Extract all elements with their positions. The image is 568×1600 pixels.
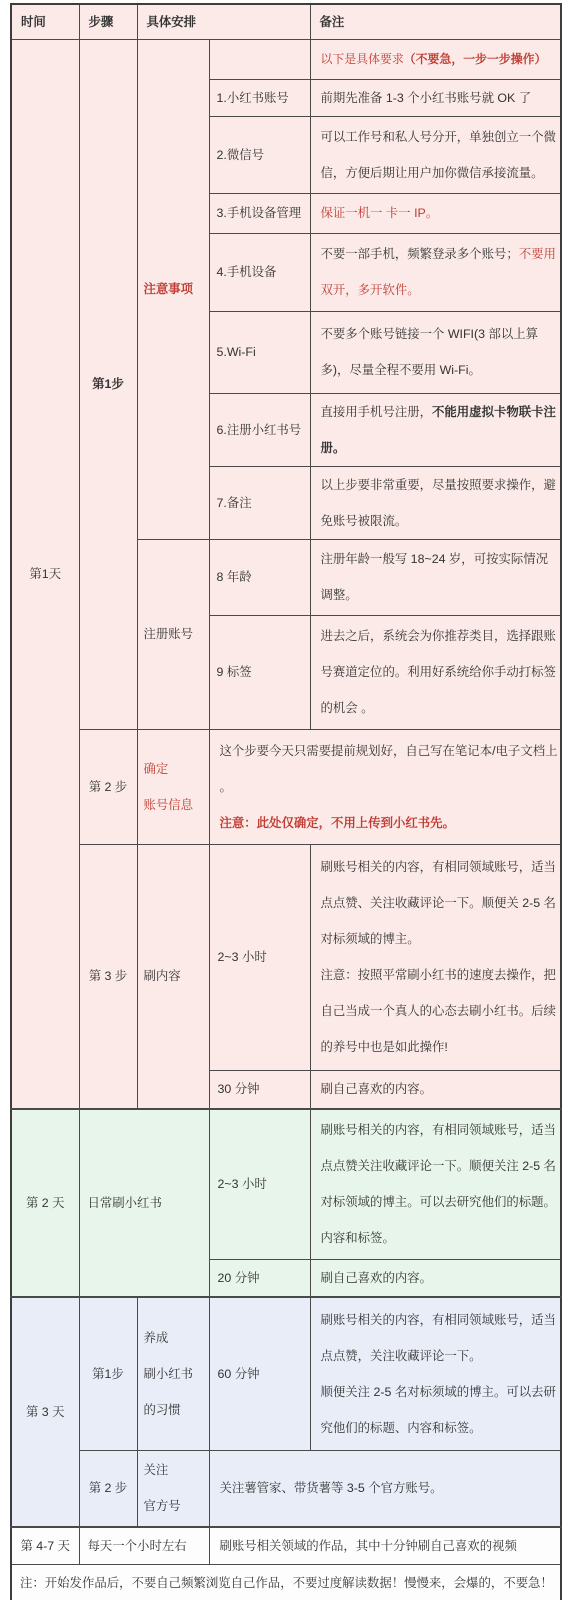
group-follow-official-cell-text: 关注 bbox=[144, 1463, 169, 1477]
remark-2: 可以工作号和私人号分开，单独创立一个微信，方便后期让用户加你微信承接流量。 bbox=[310, 116, 561, 193]
remark-day3-browse-text: 刷账号相关的内容，有相同领域账号，适当点点赞，关注收藏评论一下。 bbox=[321, 1313, 556, 1363]
remark-day1-30min-text: 刷自己喜欢的内容。 bbox=[321, 1082, 433, 1096]
remark-step2-text: 。 bbox=[220, 780, 232, 794]
day-1-cell-text: 第1天 bbox=[29, 567, 61, 581]
header-plan-text: 具体安排 bbox=[147, 15, 197, 29]
duration-day2-20min-text: 20 分钟 bbox=[218, 1271, 260, 1285]
footer-note-cell-text: 注：开始发作品后，不要自己频繁浏览自己作品，不要过度解读数据！慢慢来，会爆的，不… bbox=[20, 1576, 553, 1590]
header-note-text: 备注 bbox=[320, 15, 345, 29]
group-confirm-info-cell: 确定账号信息 bbox=[137, 729, 209, 844]
day-1-cell: 第1天 bbox=[11, 39, 79, 1109]
item-6-register-account-text: 6.注册小红书号 bbox=[217, 423, 302, 437]
group-cautions-cell: 注意事项 bbox=[137, 39, 209, 539]
remark-day2-browse: 刷账号相关的内容，有相同领域账号，适当点点赞关注收藏评论一下。顺便关注 2-5 … bbox=[310, 1109, 561, 1259]
item-3-device-management: 3.手机设备管理 bbox=[209, 193, 310, 233]
table-row: 注：开始发作品后，不要自己频繁浏览自己作品，不要过度解读数据！慢慢来，会爆的，不… bbox=[11, 1565, 561, 1600]
item-2-wechat: 2.微信号 bbox=[209, 116, 310, 193]
remark-day1-browse-text: 刷账号相关的内容，有相同领域账号，适当点点赞、关注收藏评论一下。顺便关 2-5 … bbox=[321, 860, 556, 946]
remark-day3-official-text: 关注薯管家、带货薯等 3-5 个官方账号。 bbox=[220, 1481, 443, 1495]
item-5-wifi-text: 5.Wi-Fi bbox=[217, 345, 256, 359]
header-plan: 具体安排 bbox=[137, 4, 310, 39]
remark-step2-text: 这个步要今天只需要提前规划好，自己写在笔记本/电子文档上 bbox=[220, 744, 558, 758]
item-4-phone-device-text: 4.手机设备 bbox=[217, 265, 277, 279]
item-8-age-text: 8 年龄 bbox=[217, 570, 252, 584]
group-register-info-cell: 注册账号 bbox=[137, 539, 209, 729]
table-row: 第 2 步确定账号信息这个步要今天只需要提前规划好，自己写在笔记本/电子文档上。… bbox=[11, 729, 561, 844]
duration-day2-2-3h-text: 2~3 小时 bbox=[218, 1177, 267, 1191]
remark-2-text: 可以工作号和私人号分开，单独创立一个微信，方便后期让用户加你微信承接流量。 bbox=[321, 130, 556, 180]
remark-4: 不要一部手机，频繁登录多个账号；不要用双开，多开软件。 bbox=[310, 233, 561, 311]
remark-overview-cell-text: （不要急，一步一步操作） bbox=[404, 52, 547, 66]
day-2-cell-text: 第 2 天 bbox=[26, 1196, 65, 1210]
footer-note-cell: 注：开始发作品后，不要自己频繁浏览自己作品，不要过度解读数据！慢慢来，会爆的，不… bbox=[11, 1565, 561, 1600]
item-8-age: 8 年龄 bbox=[209, 539, 310, 615]
group-follow-official-cell-text: 官方号 bbox=[144, 1499, 181, 1513]
remark-9: 进去之后，系统会为你推荐类目，选择跟账号赛道定位的。利用好系统给你手动打标签的机… bbox=[310, 615, 561, 729]
remark-overview-cell-text: 以下是具体要求 bbox=[321, 52, 404, 66]
table-row: 第 4-7 天每天一个小时左右刷账号相关领域的作品，其中十分钟刷自己喜欢的视频 bbox=[11, 1527, 561, 1565]
duration-day3-60min-text: 60 分钟 bbox=[218, 1367, 260, 1381]
day1-step1-cell: 第1步 bbox=[79, 39, 137, 729]
day-3-cell-text: 第 3 天 bbox=[26, 1405, 65, 1419]
remark-7-text: 以上步要非常重要，尽量按照要求操作，避免账号被限流。 bbox=[321, 478, 556, 528]
item-1-xiaohongshu-account: 1.小红书账号 bbox=[209, 79, 310, 116]
remark-day47-text: 刷账号相关领域的作品，其中十分钟刷自己喜欢的视频 bbox=[220, 1539, 517, 1553]
group-habit-cell-text: 的习惯 bbox=[144, 1403, 181, 1417]
day3-step2-cell: 第 2 步 bbox=[79, 1450, 137, 1527]
remark-overview-cell: 以下是具体要求（不要急，一步一步操作） bbox=[310, 39, 561, 79]
remark-9-text: 进去之后，系统会为你推荐类目，选择跟账号赛道定位的。利用好系统给你手动打标签的机… bbox=[321, 629, 556, 715]
header-step-text: 步骤 bbox=[89, 15, 114, 29]
day-4-7-cell: 第 4-7 天 bbox=[11, 1527, 79, 1565]
group-register-info-cell-text: 注册账号 bbox=[144, 627, 194, 641]
day1-step3-cell-text: 第 3 步 bbox=[89, 969, 128, 983]
remark-7: 以上步要非常重要，尽量按照要求操作，避免账号被限流。 bbox=[310, 466, 561, 539]
remark-5: 不要多个账号链接一个 WIFI(3 部以上算多)，尽量全程不要用 Wi-Fi。 bbox=[310, 311, 561, 393]
schedule-table-body: 时间步骤具体安排备注第1天第1步注意事项以下是具体要求（不要急，一步一步操作）1… bbox=[11, 4, 561, 1600]
remark-3: 保证一机一 卡一 IP。 bbox=[310, 193, 561, 233]
item-3-device-management-text: 3.手机设备管理 bbox=[217, 206, 302, 220]
remark-6: 直接用手机号注册，不能用虚拟卡物联卡注册。 bbox=[310, 393, 561, 466]
day1-step2-cell: 第 2 步 bbox=[79, 729, 137, 844]
remark-day1-browse-text: 注意：按照平常刷小红书的速度去操作，把自己当成一个真人的心态去刷小红书。后续的养… bbox=[321, 968, 556, 1054]
header-step: 步骤 bbox=[79, 4, 137, 39]
remark-1-text: 前期先准备 1-3 个小红书账号就 OK 了 bbox=[321, 91, 532, 105]
remark-day3-official: 关注薯管家、带货薯等 3-5 个官方账号。 bbox=[209, 1450, 561, 1527]
schedule-table: 时间步骤具体安排备注第1天第1步注意事项以下是具体要求（不要急，一步一步操作）1… bbox=[10, 3, 562, 1600]
day-3-cell: 第 3 天 bbox=[11, 1297, 79, 1527]
header-row: 时间步骤具体安排备注 bbox=[11, 4, 561, 39]
group-follow-official-cell: 关注官方号 bbox=[137, 1450, 209, 1527]
day1-step1-cell-text: 第1步 bbox=[92, 377, 124, 391]
table-row: 第 2 天日常刷小红书2~3 小时刷账号相关的内容，有相同领域账号，适当点点赞关… bbox=[11, 1109, 561, 1259]
remark-5-text: 不要多个账号链接一个 WIFI(3 部以上算多)，尽量全程不要用 Wi-Fi。 bbox=[321, 327, 539, 377]
remark-8: 注册年龄一般写 18~24 岁，可按实际情况调整。 bbox=[310, 539, 561, 615]
item-6-register-account: 6.注册小红书号 bbox=[209, 393, 310, 466]
table-row: 第 3 天第1步养成刷小红书的习惯60 分钟刷账号相关的内容，有相同领域账号，适… bbox=[11, 1297, 561, 1450]
table-row: 第 2 步关注官方号关注薯管家、带货薯等 3-5 个官方账号。 bbox=[11, 1450, 561, 1527]
group-habit-cell-text: 养成 bbox=[144, 1331, 169, 1345]
day1-step3-cell: 第 3 步 bbox=[79, 844, 137, 1109]
table-row: 第 3 步刷内容2~3 小时刷账号相关的内容，有相同领域账号，适当点点赞、关注收… bbox=[11, 844, 561, 1070]
duration-day1-2-3h: 2~3 小时 bbox=[209, 844, 310, 1070]
item-9-tags: 9 标签 bbox=[209, 615, 310, 729]
remark-day3-browse: 刷账号相关的内容，有相同领域账号，适当点点赞，关注收藏评论一下。顺便关注 2-5… bbox=[310, 1297, 561, 1450]
header-note: 备注 bbox=[310, 4, 561, 39]
remark-day1-30min: 刷自己喜欢的内容。 bbox=[310, 1070, 561, 1109]
day3-step1-cell-text: 第1步 bbox=[92, 1367, 124, 1381]
day-4-7-cell-text: 第 4-7 天 bbox=[20, 1539, 70, 1553]
duration-day1-30min-text: 30 分钟 bbox=[218, 1082, 260, 1096]
item-1-xiaohongshu-account-text: 1.小红书账号 bbox=[217, 91, 289, 105]
duration-day2-2-3h: 2~3 小时 bbox=[209, 1109, 310, 1259]
day47-plan-cell: 每天一个小时左右 bbox=[79, 1527, 209, 1565]
remark-day3-browse-text: 顺便关注 2-5 名对标须域的博主。可以去研究他们的标题、内容和标签。 bbox=[321, 1385, 556, 1435]
remark-day1-browse: 刷账号相关的内容，有相同领域账号，适当点点赞、关注收藏评论一下。顺便关 2-5 … bbox=[310, 844, 561, 1070]
remark-8-text: 注册年龄一般写 18~24 岁，可按实际情况调整。 bbox=[321, 552, 549, 602]
remark-1: 前期先准备 1-3 个小红书账号就 OK 了 bbox=[310, 79, 561, 116]
day1-step2-cell-text: 第 2 步 bbox=[89, 780, 128, 794]
remark-step2-text: 注意：此处仅确定，不用上传到小红书先。 bbox=[220, 816, 455, 830]
table-row: 第1天第1步注意事项以下是具体要求（不要急，一步一步操作） bbox=[11, 39, 561, 79]
remark-day2-20min-text: 刷自己喜欢的内容。 bbox=[321, 1271, 433, 1285]
remark-4-text: 不要一部手机，频繁登录多个账号； bbox=[321, 247, 519, 261]
group-browse-content-cell: 刷内容 bbox=[137, 844, 209, 1109]
duration-day2-20min: 20 分钟 bbox=[209, 1259, 310, 1297]
remark-3-text: 保证一机一 卡一 IP。 bbox=[321, 206, 439, 220]
duration-day1-30min: 30 分钟 bbox=[209, 1070, 310, 1109]
item-empty-cell bbox=[209, 39, 310, 79]
duration-day3-60min: 60 分钟 bbox=[209, 1297, 310, 1450]
remark-day47: 刷账号相关领域的作品，其中十分钟刷自己喜欢的视频 bbox=[209, 1527, 561, 1565]
day2-routine-cell: 日常刷小红书 bbox=[79, 1109, 209, 1297]
group-browse-content-cell-text: 刷内容 bbox=[144, 969, 181, 983]
remark-step2: 这个步要今天只需要提前规划好，自己写在笔记本/电子文档上。注意：此处仅确定，不用… bbox=[209, 729, 561, 844]
day47-plan-cell-text: 每天一个小时左右 bbox=[88, 1539, 187, 1553]
item-2-wechat-text: 2.微信号 bbox=[217, 148, 265, 162]
item-9-tags-text: 9 标签 bbox=[217, 665, 252, 679]
remark-day2-browse-text: 刷账号相关的内容，有相同领域账号，适当点点赞关注收藏评论一下。顺便关注 2-5 … bbox=[321, 1123, 556, 1245]
header-time: 时间 bbox=[11, 4, 79, 39]
day2-routine-cell-text: 日常刷小红书 bbox=[88, 1196, 162, 1210]
day3-step2-cell-text: 第 2 步 bbox=[89, 1481, 128, 1495]
item-7-note-text: 7.备注 bbox=[217, 496, 252, 510]
item-4-phone-device: 4.手机设备 bbox=[209, 233, 310, 311]
group-confirm-info-cell-text: 账号信息 bbox=[144, 798, 194, 812]
group-cautions-cell-text: 注意事项 bbox=[144, 282, 194, 296]
group-confirm-info-cell-text: 确定 bbox=[144, 762, 169, 776]
day3-step1-cell: 第1步 bbox=[79, 1297, 137, 1450]
remark-6-text: 直接用手机号注册， bbox=[321, 405, 433, 419]
item-5-wifi: 5.Wi-Fi bbox=[209, 311, 310, 393]
day-2-cell: 第 2 天 bbox=[11, 1109, 79, 1297]
remark-day2-20min: 刷自己喜欢的内容。 bbox=[310, 1259, 561, 1297]
header-time-text: 时间 bbox=[21, 15, 46, 29]
item-7-note: 7.备注 bbox=[209, 466, 310, 539]
schedule-table-wrap: 时间步骤具体安排备注第1天第1步注意事项以下是具体要求（不要急，一步一步操作）1… bbox=[10, 3, 562, 1600]
group-habit-cell: 养成刷小红书的习惯 bbox=[137, 1297, 209, 1450]
duration-day1-2-3h-text: 2~3 小时 bbox=[218, 950, 267, 964]
group-habit-cell-text: 刷小红书 bbox=[144, 1367, 194, 1381]
